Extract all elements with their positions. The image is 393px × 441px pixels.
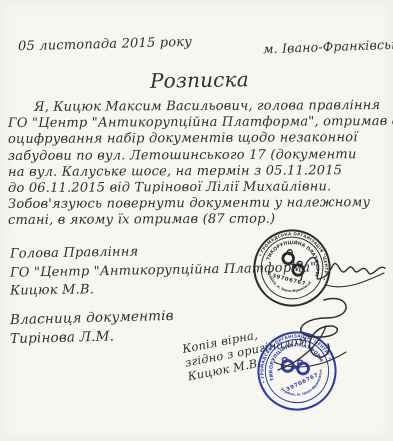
page-title: Розписка <box>150 67 249 93</box>
body-line: на вул. Калуське шосе, на термін з 05.11… <box>8 163 390 181</box>
chairman-signature-scribble <box>298 244 388 292</box>
owner-signature-block: Власниця документів Тирінова Л.М. <box>10 309 174 347</box>
document-city: м. Івано-Франківськ <box>263 37 393 57</box>
scanned-receipt-document: 05 листопада 2015 року м. Івано-Франківс… <box>0 0 393 441</box>
body-paragraph: Я, Кицюк Максим Васильович, голова правл… <box>8 99 390 229</box>
owner-signature-scribble <box>262 292 354 380</box>
body-line: стані, в якому їх отримав (87 стор.) <box>8 211 390 229</box>
document-date: 05 листопада 2015 року <box>18 35 192 55</box>
body-line: оцифрування набір документів щодо незако… <box>8 130 390 148</box>
body-line: забудови по вул. Летошинського 17 (докум… <box>8 147 390 165</box>
owner-name: Тирінова Л.М. <box>10 326 174 349</box>
